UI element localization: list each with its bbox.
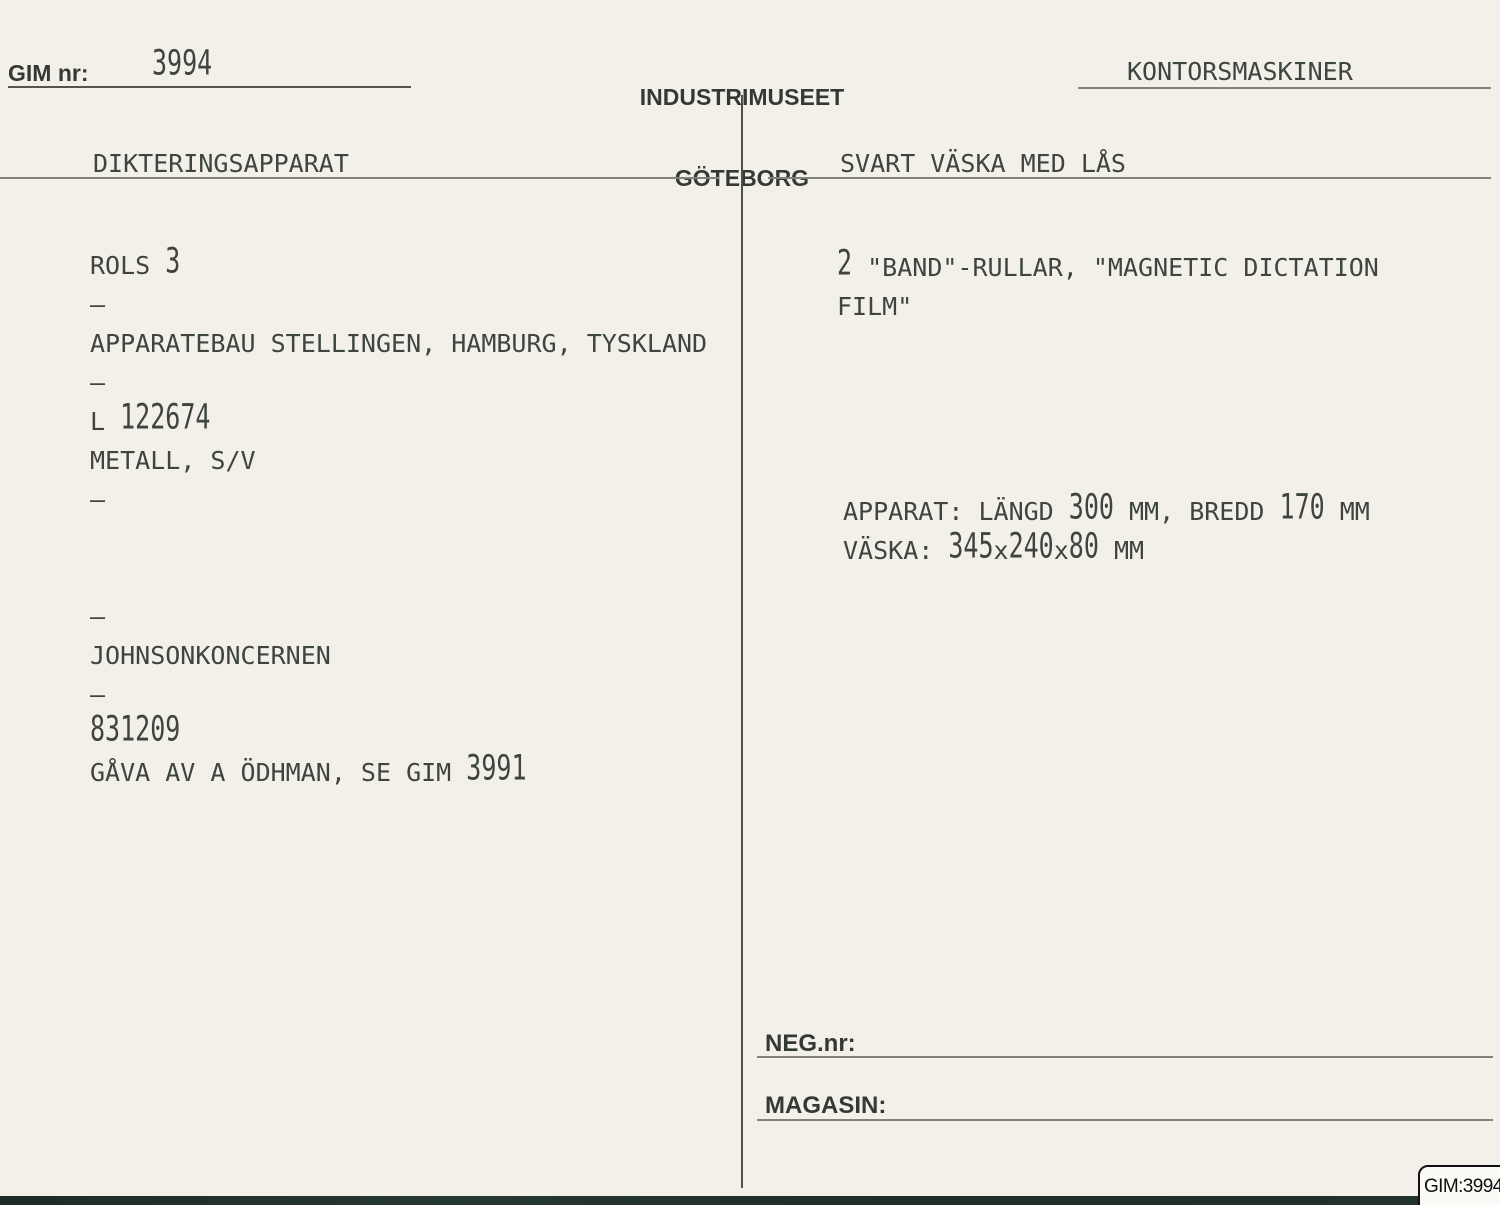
right-column-title: SVART VÄSKA MED LÅS bbox=[840, 149, 1126, 178]
right-title-underline bbox=[768, 177, 1491, 179]
bottom-scan-strip bbox=[0, 1196, 1500, 1205]
catalog-line: APPARATEBAU STELLINGEN, HAMBURG, TYSKLAN… bbox=[90, 324, 707, 363]
catalog-line: METALL, S/V bbox=[90, 441, 707, 480]
neg-number-label: NEG.nr: bbox=[765, 1030, 856, 1058]
catalog-line bbox=[90, 519, 707, 558]
neg-number-underline bbox=[757, 1056, 1493, 1058]
left-column-title: DIKTERINGSAPPARAT bbox=[93, 149, 349, 178]
object-dimensions: APPARAT: LÄNGD 300 MM, BREDD 170 MM VÄSK… bbox=[843, 492, 1370, 570]
column-divider bbox=[741, 95, 743, 1188]
catalog-line: JOHNSONKONCERNEN bbox=[90, 636, 707, 675]
catalog-line: L 122674 bbox=[90, 402, 707, 441]
dimension-line: VÄSKA: 345x240x80 MM bbox=[843, 531, 1370, 570]
category-label: KONTORSMASKINER bbox=[1127, 57, 1353, 86]
watermark-label: GIM:3994 bbox=[1418, 1165, 1500, 1205]
gim-number-label: GIM nr: bbox=[8, 60, 89, 87]
catalog-line: – bbox=[90, 285, 707, 324]
dimension-line: APPARAT: LÄNGD 300 MM, BREDD 170 MM bbox=[843, 492, 1370, 531]
catalog-line: – bbox=[90, 480, 707, 519]
magasin-underline bbox=[757, 1119, 1493, 1121]
object-details: ROLS 3 – APPARATEBAU STELLINGEN, HAMBURG… bbox=[90, 246, 707, 792]
magasin-label: MAGASIN: bbox=[765, 1092, 886, 1120]
gim-number-value: 3994 bbox=[152, 52, 212, 81]
catalog-line: – bbox=[90, 675, 707, 714]
category-underline bbox=[1078, 87, 1491, 89]
catalog-line: 831209 bbox=[90, 714, 707, 753]
object-description: 2 "BAND"-RULLAR, "MAGNETIC DICTATION FIL… bbox=[837, 248, 1379, 326]
catalog-line: – bbox=[90, 597, 707, 636]
catalog-line: ROLS 3 bbox=[90, 246, 707, 285]
left-title-underline bbox=[0, 177, 719, 179]
catalog-card: INDUSTRIMUSEET GÖTEBORG GIM nr: 3994 KON… bbox=[0, 0, 1500, 1205]
catalog-line bbox=[90, 558, 707, 597]
description-line: FILM" bbox=[837, 287, 1379, 326]
gim-number-underline bbox=[8, 86, 411, 88]
description-line: 2 "BAND"-RULLAR, "MAGNETIC DICTATION bbox=[837, 248, 1379, 287]
catalog-line: GÅVA AV A ÖDHMAN, SE GIM 3991 bbox=[90, 753, 707, 792]
